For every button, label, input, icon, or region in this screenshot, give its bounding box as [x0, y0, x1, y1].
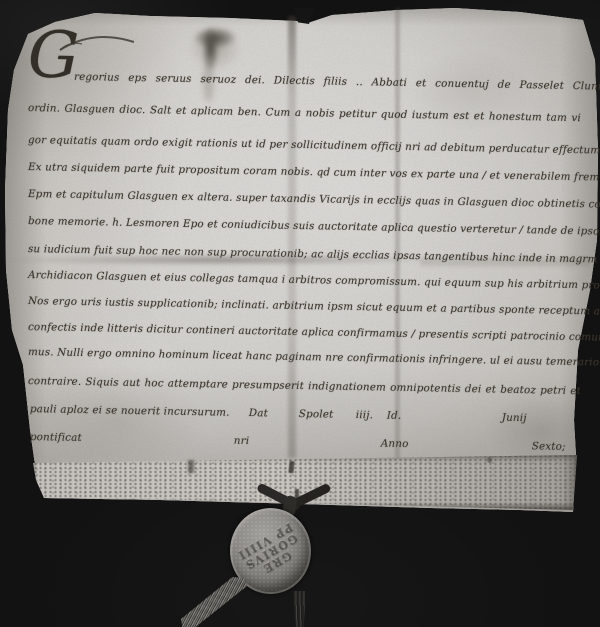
subscript-anno: Anno: [381, 437, 409, 451]
manuscript-line: Ex utra siquidem parte fuit propositum c…: [28, 161, 581, 184]
manuscript-line: confectis inde litteris dicitur continer…: [28, 321, 581, 344]
dateline-day: iiij.: [356, 409, 374, 422]
subscript-nri: nri: [234, 435, 250, 448]
dateline-idus: Id.: [387, 410, 402, 423]
dateline-place: Spolet: [299, 408, 334, 422]
manuscript-line: regorius eps seruus seruoz dei. Dilectis…: [28, 70, 600, 94]
cord-tassel: [181, 577, 247, 627]
manuscript-dateline: pauli aploz ei se nouerit incursurum. Da…: [28, 403, 581, 413]
dateline-dat: Dat: [249, 407, 268, 420]
dateline-month: Junij: [502, 412, 527, 425]
manuscript-subscript: pontificat nri Anno Sexto;: [28, 431, 581, 441]
manuscript-line: contraire. Siquis aut hoc attemptare pre…: [28, 375, 581, 398]
dateline-sentence: pauli aploz ei se nouerit incursurum.: [30, 403, 230, 420]
manuscript-line: Archidiacon Glasguen et eius collegas ta…: [28, 269, 581, 292]
manuscript-line: Epm et capitulum Glasguen ex altera. sup…: [28, 188, 581, 211]
manuscript-line: gor equitatis quam ordo exigit rationis …: [28, 134, 581, 157]
subscript-pontificat: pontificat: [30, 431, 82, 445]
manuscript-line: bone memorie. h. Lesmoren Epo et coniudi…: [28, 215, 581, 238]
manuscript-line: ordin. Glasguen dioc. Salt et aplicam be…: [28, 102, 581, 125]
manuscript-text: G regorius eps seruus seruoz dei. Dilect…: [28, 0, 581, 480]
manuscript-line: Nos ergo uris iustis supplicationib; inc…: [28, 295, 581, 318]
subscript-sexto: Sexto;: [532, 440, 566, 454]
cord-strands-dark: [291, 591, 307, 627]
manuscript-line: su iudicium fuit sup hoc nec non sup pro…: [28, 243, 581, 266]
initial-flourish: [58, 32, 138, 56]
manuscript-line: mus. Nulli ergo omnino hominum liceat ha…: [28, 346, 581, 369]
photograph: G regorius eps seruus seruoz dei. Dilect…: [0, 0, 600, 627]
